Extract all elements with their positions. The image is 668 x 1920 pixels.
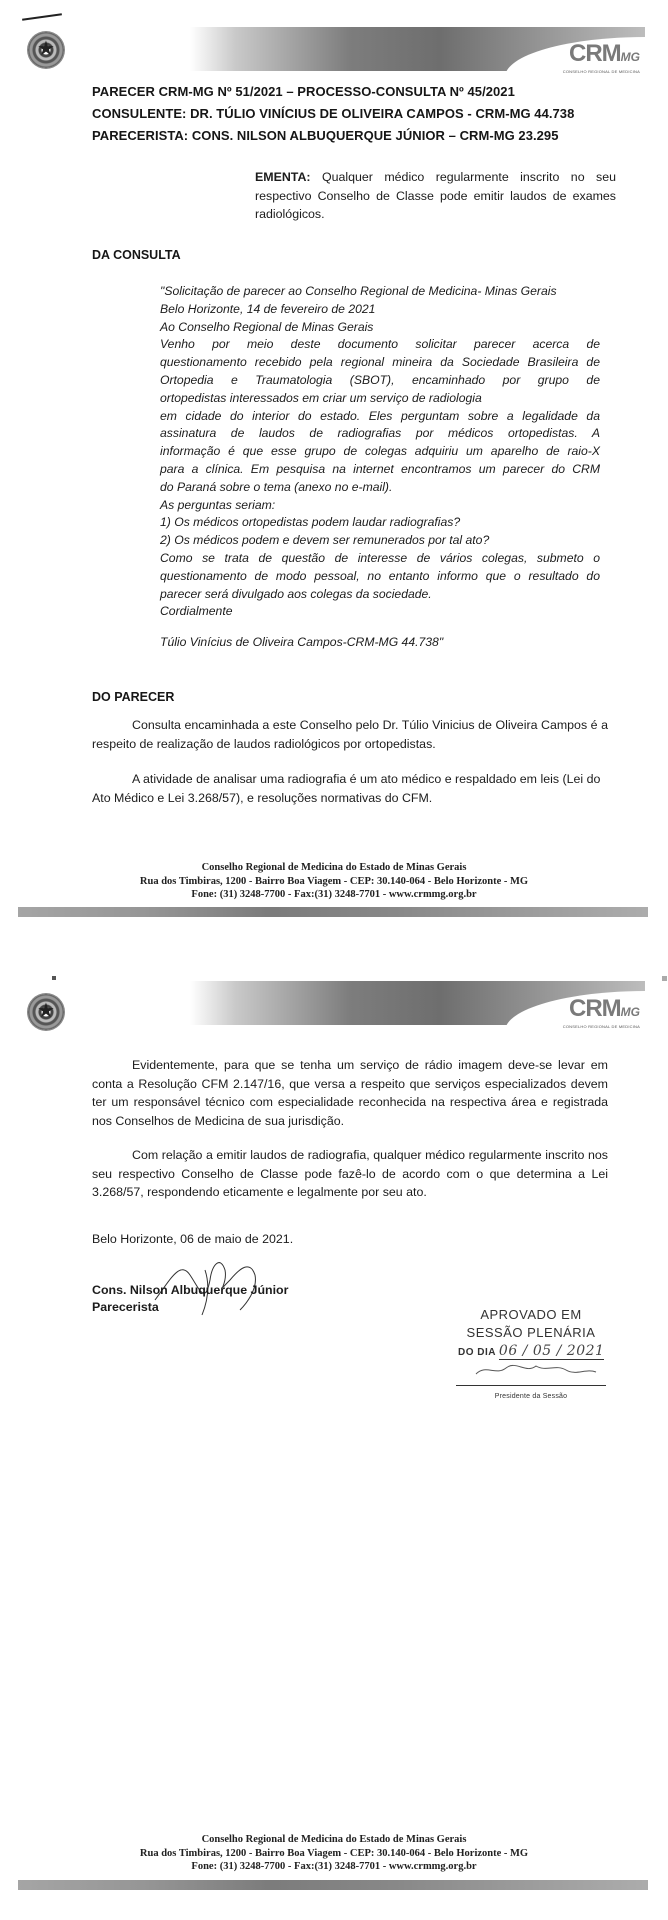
crm-mg-logo: CRMMG CONSELHO REGIONAL DE MEDICINA (560, 997, 640, 1030)
signer-name: Cons. Nilson Albuquerque Júnior (92, 1282, 352, 1299)
parecer-paragraph-4: Com relação a emitir laudos de radiograf… (92, 1146, 608, 1202)
scan-mark (22, 13, 62, 21)
stamp-date: DO DIA 06 / 05 / 2021 (456, 1342, 606, 1362)
footer-bar (18, 907, 648, 917)
parecer-paragraph-3: Evidentemente, para que se tenha um serv… (92, 1056, 608, 1130)
section-title-do-parecer: DO PARECER (92, 690, 174, 704)
ementa: EMENTA: Qualquer médico regularmente ins… (255, 168, 616, 224)
consulta-signature: Túlio Vinícius de Oliveira Campos-CRM-MG… (160, 634, 600, 652)
parecer-paragraph-2: A atividade de analisar uma radiografia … (92, 770, 608, 807)
page-footer: Conselho Regional de Medicina do Estado … (0, 861, 668, 902)
consulta-letter: "Solicitação de parecer ao Conselho Regi… (160, 283, 600, 652)
scan-mark (662, 976, 667, 981)
crm-mg-logo: CRMMG CONSELHO REGIONAL DE MEDICINA (560, 42, 640, 75)
consulente: CONSULENTE: DR. TÚLIO VINÍCIUS DE OLIVEI… (92, 106, 574, 121)
footer-bar (18, 1880, 648, 1890)
parecer-paragraph-1: Consulta encaminhada a este Conselho pel… (92, 716, 608, 753)
ementa-label: EMENTA: (255, 170, 311, 184)
section-title-da-consulta: DA CONSULTA (92, 248, 181, 262)
place-date: Belo Horizonte, 06 de maio de 2021. (92, 1230, 392, 1249)
brazil-coat-of-arms-icon (28, 32, 64, 68)
document-page-2: CRMMG CONSELHO REGIONAL DE MEDICINA Evid… (0, 940, 668, 1920)
page-footer: Conselho Regional de Medicina do Estado … (0, 1833, 668, 1874)
signer-block: Cons. Nilson Albuquerque Júnior Pareceri… (92, 1282, 352, 1316)
document-page-1: CRMMG CONSELHO REGIONAL DE MEDICINA PARE… (0, 0, 668, 940)
stamp-signature (456, 1362, 606, 1378)
signer-role: Parecerista (92, 1299, 352, 1316)
parecer-number: PARECER CRM-MG Nº 51/2021 – PROCESSO-CON… (92, 84, 515, 99)
parecerista: PARECERISTA: CONS. NILSON ALBUQUERQUE JÚ… (92, 128, 558, 143)
brazil-coat-of-arms-icon (28, 994, 64, 1030)
scan-mark (52, 976, 56, 980)
approval-stamp: APROVADO EM SESSÃO PLENÁRIA DO DIA 06 / … (456, 1306, 606, 1406)
